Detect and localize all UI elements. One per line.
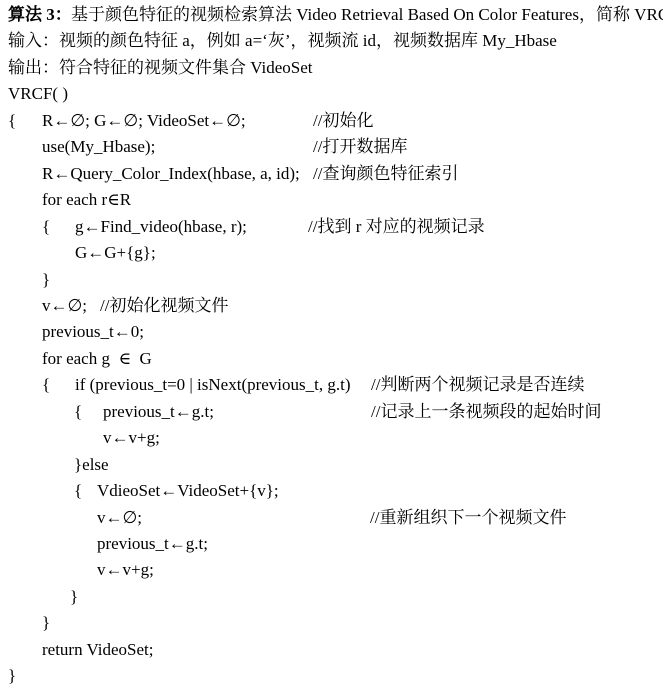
pseudocode-line: {g←Find_video(hbase, r);//找到 r 对应的视频记录 [0,216,663,240]
code-text: for each r∈R [42,189,131,211]
pseudocode-line: R←Query_Color_Index(hbase, a, id);//查询颜色… [0,163,663,187]
code-text: previous_t←0; [42,321,144,343]
pseudocode-line: 算法 3：基于颜色特征的视频检索算法 Video Retrieval Based… [0,4,663,28]
pseudocode-line: {VdieoSet←VideoSet+{v}; [0,480,663,504]
pseudocode-line: G←G+{g}; [0,242,663,266]
code-text: } [42,612,50,634]
code-text: { [74,480,82,502]
pseudocode-line: } [0,665,663,685]
pseudocode-line: for each r∈R [0,189,663,213]
pseudocode-line: 输入：视频的颜色特征 a，例如 a=‘灰’，视频流 id，视频数据库 My_Hb… [0,30,663,54]
code-text: G←G+{g}; [75,242,156,264]
pseudocode-line: previous_t←g.t; [0,533,663,557]
comment-text: //初始化视频文件 [100,295,228,317]
pseudocode-line: {if (previous_t=0 | isNext(previous_t, g… [0,374,663,398]
pseudocode-line: use(My_Hbase);//打开数据库 [0,136,663,160]
code-text: VdieoSet←VideoSet+{v}; [97,480,279,502]
code-text: previous_t←g.t; [103,401,214,423]
code-text: { [42,216,50,238]
code-text: { [74,401,82,423]
code-text: for each g ∈ G [42,348,152,370]
code-text: v←∅; [42,295,87,317]
pseudocode-line: 输出：符合特征的视频文件集合 VideoSet [0,57,663,81]
comment-text: //记录上一条视频段的起始时间 [371,401,601,423]
pseudocode-line: } [0,269,663,293]
pseudocode-line: VRCF( ) [0,83,663,107]
code-text: } [70,586,78,608]
code-text: R←∅; G←∅; VideoSet←∅; [42,110,246,132]
code-text: 输入：视频的颜色特征 a，例如 a=‘灰’，视频流 id，视频数据库 My_Hb… [8,30,557,52]
comment-text: //打开数据库 [313,136,407,158]
comment-text: //查询颜色特征索引 [313,163,458,185]
code-text: return VideoSet; [42,639,154,661]
code-text: { [42,374,50,396]
pseudocode-line: v←v+g; [0,427,663,451]
code-text: use(My_Hbase); [42,136,155,158]
code-text: v←v+g; [97,559,154,581]
code-text: }else [74,454,109,476]
comment-text: //初始化 [313,110,373,132]
code-text: if (previous_t=0 | isNext(previous_t, g.… [75,374,351,396]
code-text: v←∅; [97,507,142,529]
pseudocode-line: }else [0,454,663,478]
pseudocode-line: v←v+g; [0,559,663,583]
code-text: 基于颜色特征的视频检索算法 Video Retrieval Based On C… [71,4,663,26]
pseudocode-line: } [0,612,663,636]
pseudocode-line: return VideoSet; [0,639,663,663]
algorithm-page: 算法 3：基于颜色特征的视频检索算法 Video Retrieval Based… [0,0,663,685]
algorithm-title-label: 算法 3： [8,4,72,26]
comment-text: //找到 r 对应的视频记录 [308,216,485,238]
code-text: VRCF( ) [8,83,68,105]
pseudocode-line: for each g ∈ G [0,348,663,372]
pseudocode-line: v←∅;//初始化视频文件 [0,295,663,319]
code-text: 输出：符合特征的视频文件集合 VideoSet [8,57,313,79]
code-text: R←Query_Color_Index(hbase, a, id); [42,163,300,185]
comment-text: //重新组织下一个视频文件 [370,507,566,529]
code-text: } [8,665,16,685]
code-text: g←Find_video(hbase, r); [75,216,247,238]
code-text: } [42,269,50,291]
pseudocode-line: previous_t←0; [0,321,663,345]
code-text: previous_t←g.t; [97,533,208,555]
code-text: v←v+g; [103,427,160,449]
pseudocode-line: {R←∅; G←∅; VideoSet←∅;//初始化 [0,110,663,134]
pseudocode-line: v←∅;//重新组织下一个视频文件 [0,507,663,531]
pseudocode-line: } [0,586,663,610]
comment-text: //判断两个视频记录是否连续 [371,374,584,396]
code-text: { [8,110,16,132]
pseudocode-line: {previous_t←g.t;//记录上一条视频段的起始时间 [0,401,663,425]
